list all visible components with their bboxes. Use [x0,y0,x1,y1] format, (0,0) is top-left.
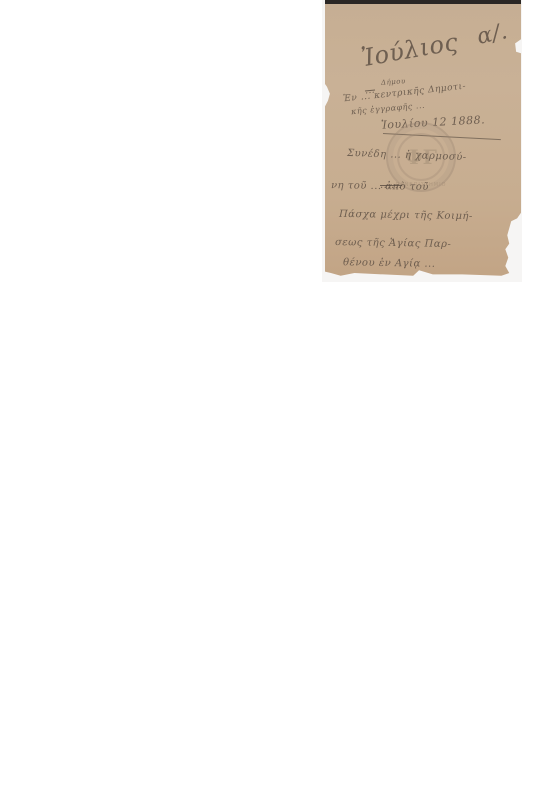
body-line-4: σεως τῆς Ἁγίας Παρ- [335,237,451,250]
body-line-3: Πάσχα μέχρι τῆς Κοιμή- [339,209,473,222]
scan-top-edge [325,0,521,4]
header-line-1: Δήμου [381,77,406,87]
document-title: Ἰούλιος [359,28,460,73]
page: α/. Ἰούλιος Δήμου Ἐν ... κεντρικῆς Δημοτ… [0,0,549,800]
manuscript-paper: α/. Ἰούλιος Δήμου Ἐν ... κεντρικῆς Δημοτ… [325,0,521,280]
header-line-3: κῆς ἐγγραφῆς ... [351,101,426,116]
folio-mark: α/. [475,19,510,50]
body-line-5: θένου ἐν Αγίᾳ ... [343,257,436,270]
body-struck-word: ...... [380,180,402,191]
header-struck-word: ... [365,85,376,96]
